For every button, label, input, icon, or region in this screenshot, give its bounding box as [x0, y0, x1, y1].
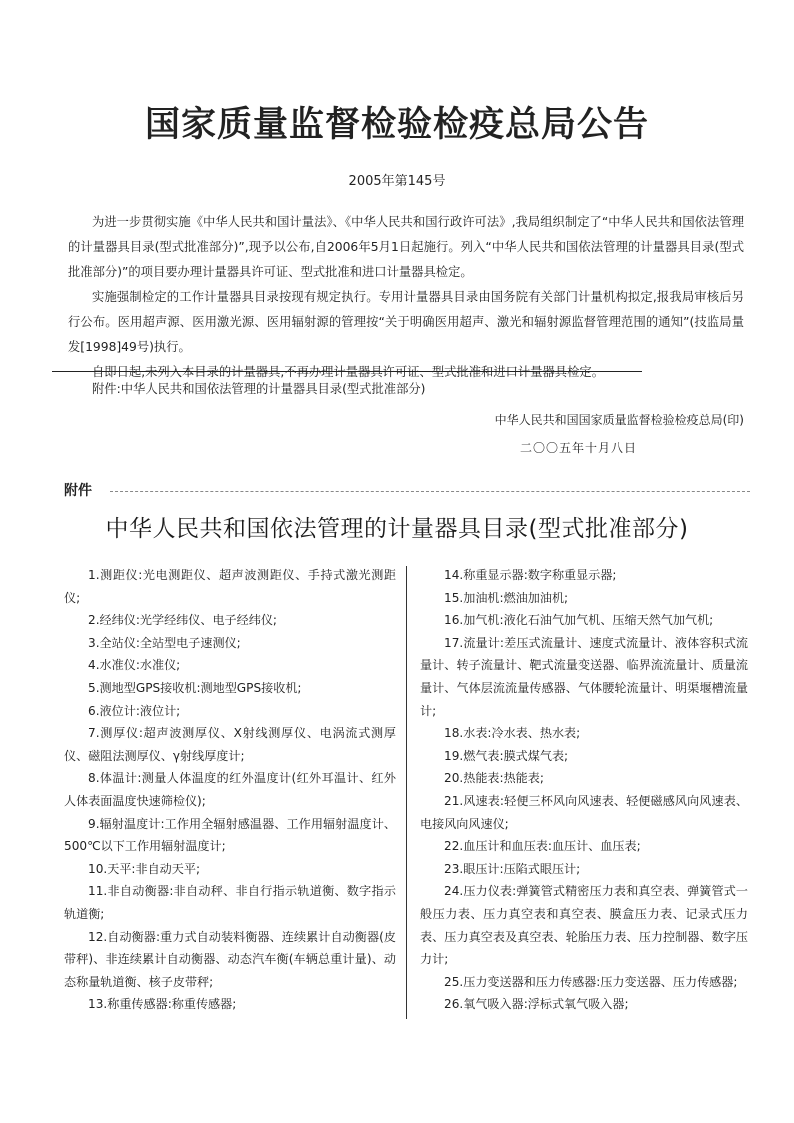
catalog-item: 11.非自动衡器:非自动秤、非自行指示轨道衡、数字指示轨道衡; [64, 880, 396, 925]
catalog-item: 23.眼压计:压陷式眼压计; [420, 858, 748, 881]
notice-paragraph: 实施强制检定的工作计量器具目录按现有规定执行。专用计量器具目录由国务院有关部门计… [68, 285, 744, 360]
attachment-label: 附件 [64, 480, 92, 500]
divider-rule [52, 371, 642, 372]
catalog-item: 8.体温计:测量人体温度的红外温度计(红外耳温计、红外人体表面温度快速筛检仪); [64, 767, 396, 812]
catalog-right-column: 14.称重显示器:数字称重显示器; 15.加油机:燃油加油机; 16.加气机:液… [420, 564, 748, 1016]
catalog-item: 12.自动衡器:重力式自动装料衡器、连续累计自动衡器(皮带秤)、非连续累计自动衡… [64, 926, 396, 994]
catalog-item: 16.加气机:液化石油气加气机、压缩天然气加气机; [420, 609, 748, 632]
catalog-item: 9.辐射温度计:工作用全辐射感温器、工作用辐射温度计、500℃以下工作用辐射温度… [64, 813, 396, 858]
column-divider [406, 566, 407, 1019]
catalog-item: 22.血压计和血压表:血压计、血压表; [420, 835, 748, 858]
catalog-item: 24.压力仪表:弹簧管式精密压力表和真空表、弹簧管式一般压力表、压力真空表和真空… [420, 880, 748, 970]
catalog-item: 4.水准仪:水准仪; [64, 654, 396, 677]
catalog-item: 10.天平:非自动天平; [64, 858, 396, 881]
catalog-item: 15.加油机:燃油加油机; [420, 587, 748, 610]
catalog-item: 20.热能表:热能表; [420, 767, 748, 790]
page-title: 国家质量监督检验检疫总局公告 [0, 97, 794, 147]
attachment-reference: 附件:中华人民共和国依法管理的计量器具目录(型式批准部分) [92, 377, 425, 402]
catalog-item: 17.流量计:差压式流量计、速度式流量计、液体容积式流量计、转子流量计、靶式流量… [420, 632, 748, 722]
catalog-item: 25.压力变送器和压力传感器:压力变送器、压力传感器; [420, 971, 748, 994]
catalog-item: 6.液位计:液位计; [64, 700, 396, 723]
catalog-item: 18.水表:冷水表、热水表; [420, 722, 748, 745]
issue-number: 2005年第145号 [0, 170, 794, 189]
notice-body: 为进一步贯彻实施《中华人民共和国计量法》、《中华人民共和国行政许可法》,我局组织… [68, 210, 744, 385]
catalog-title: 中华人民共和国依法管理的计量器具目录(型式批准部分) [0, 510, 794, 543]
catalog-item: 3.全站仪:全站型电子速测仪; [64, 632, 396, 655]
catalog-item: 7.测厚仪:超声波测厚仪、X射线测厚仪、电涡流式测厚仪、磁阻法测厚仪、γ射线厚度… [64, 722, 396, 767]
issue-date: 二〇〇五年十月八日 [520, 439, 637, 456]
catalog-item: 13.称重传感器:称重传感器; [64, 993, 396, 1016]
catalog-item: 5.测地型GPS接收机:测地型GPS接收机; [64, 677, 396, 700]
catalog-left-column: 1.测距仪:光电测距仪、超声波测距仪、手持式激光测距仪; 2.经纬仪:光学经纬仪… [64, 564, 396, 1016]
catalog-item: 19.燃气表:膜式煤气表; [420, 745, 748, 768]
issuer-signature: 中华人民共和国国家质量监督检验检疫总局(印) [495, 411, 744, 428]
catalog-item: 21.风速表:轻便三杯风向风速表、轻便磁感风向风速表、电接风向风速仪; [420, 790, 748, 835]
attachment-rule [110, 491, 750, 492]
catalog-item: 14.称重显示器:数字称重显示器; [420, 564, 748, 587]
catalog-item: 2.经纬仪:光学经纬仪、电子经纬仪; [64, 609, 396, 632]
notice-paragraph: 为进一步贯彻实施《中华人民共和国计量法》、《中华人民共和国行政许可法》,我局组织… [68, 210, 744, 285]
catalog-item: 1.测距仪:光电测距仪、超声波测距仪、手持式激光测距仪; [64, 564, 396, 609]
catalog-item: 26.氧气吸入器:浮标式氧气吸入器; [420, 993, 748, 1016]
